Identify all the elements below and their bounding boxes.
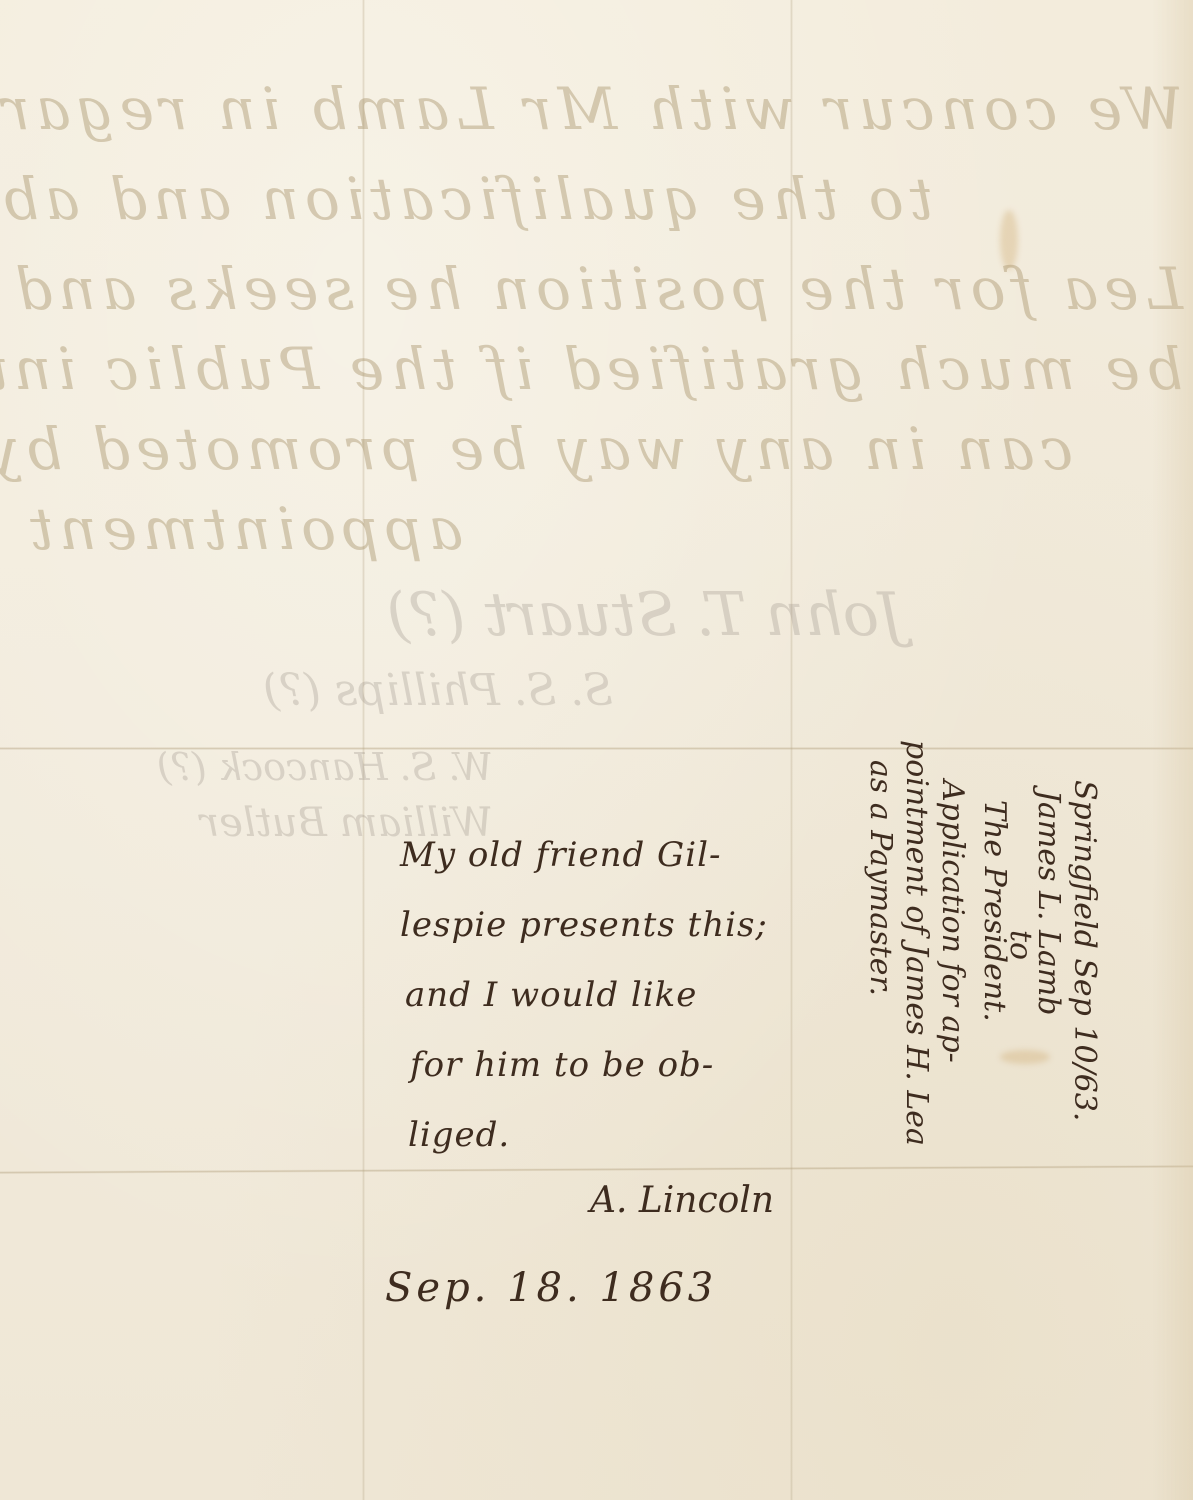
bleed-line: can in any way be promoted by his [0,415,1073,483]
docket-line: pointment of James H. Lea [899,740,934,1146]
endorsement-line: liged. [408,1115,510,1155]
docket-line: Application for ap- [935,780,970,1063]
bleed-signature: S. S. Phillips (?) [263,665,613,716]
bleed-signature: W. S. Hancock (?) [157,745,493,789]
endorsement-line: lespie presents this; [400,905,768,945]
docket-line: The President. [977,800,1012,1022]
lincoln-signature: A. Lincoln [590,1180,774,1221]
bleed-line: to the qualification and ability of Mr [0,165,933,233]
docket-line: Springfield Sep 10/63. [1067,780,1102,1121]
letter-paper: We concur with Mr Lamb in regard to the … [0,0,1193,1500]
bleed-line: appointment [24,495,463,563]
docket-endorsement: Springfield Sep 10/63. James L. Lamb to … [842,780,1102,1210]
bleed-signature: John T. Stuart (?) [387,580,903,650]
endorsement-line: for him to be ob- [410,1045,714,1085]
endorsement-line: and I would like [405,975,697,1015]
bleed-line: Lea for the position he seeks and would [0,255,1183,323]
docket-line: as a Paymaster. [863,760,898,996]
endorsement-date: Sep. 18. 1863 [385,1265,717,1311]
endorsement-line: My old friend Gil- [400,835,721,875]
docket-line: James L. Lamb [1031,790,1066,1016]
bleed-line: be much gratified if the Public interest [0,335,1183,403]
bleed-line: We concur with Mr Lamb in regard [0,75,1183,143]
